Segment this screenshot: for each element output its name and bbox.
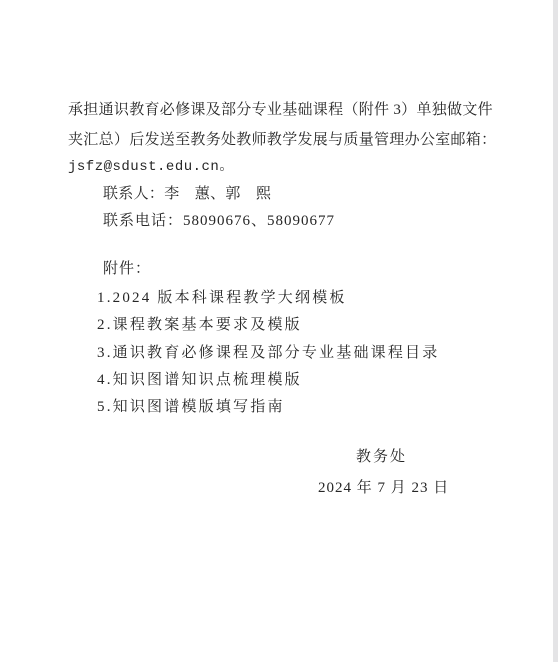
attachments-label: 附件：	[103, 259, 151, 279]
contact-phone: 联系电话：58090676、58090677	[103, 211, 335, 231]
attachment-item-3: 3.通识教育必修课程及部分专业基础课程目录	[97, 343, 439, 363]
paragraph-line-2: 夹汇总）后发送至教务处教师教学发展与质量管理办公室邮箱：	[68, 130, 496, 150]
email-address: jsfz@sdust.edu.cn。	[68, 157, 234, 177]
attachment-item-2: 2.课程教案基本要求及模版	[97, 315, 302, 335]
attachment-item-5: 5.知识图谱模版填写指南	[97, 397, 285, 417]
paragraph-line-1: 承担通识教育必修课及部分专业基础课程（附件 3）单独做文件	[68, 100, 493, 120]
attachment-item-4: 4.知识图谱知识点梳理模版	[97, 370, 302, 390]
page-right-edge	[553, 0, 558, 662]
document-page: 承担通识教育必修课及部分专业基础课程（附件 3）单独做文件 夹汇总）后发送至教务…	[0, 0, 560, 662]
signature-date: 2024 年 7 月 23 日	[318, 478, 449, 498]
attachment-item-1: 1.2024 版本科课程教学大纲模板	[97, 288, 347, 308]
signature-department: 教务处	[356, 447, 407, 467]
contact-person: 联系人：李 蕙、郭 熙	[103, 184, 271, 204]
